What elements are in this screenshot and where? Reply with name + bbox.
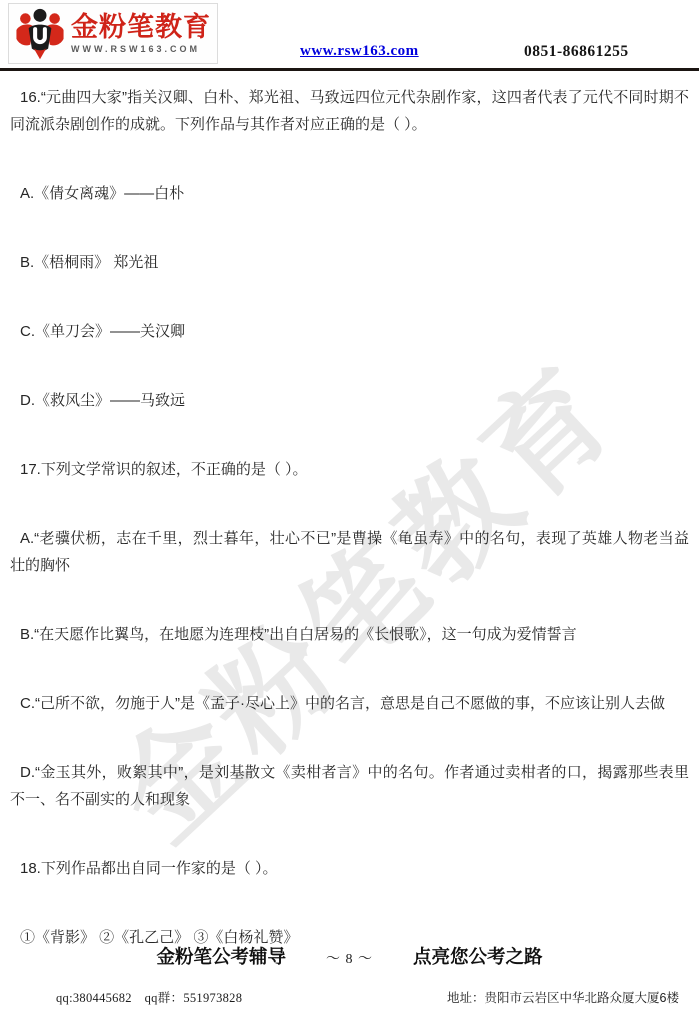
brand-logo: 金粉笔教育 WWW.RSW163.COM bbox=[8, 3, 218, 64]
question-17-option-c: C.“己所不欲，勿施于人”是《孟子·尽心上》中的名言，意思是自己不愿做的事，不应… bbox=[10, 690, 689, 717]
footer-brand-text: 金粉笔公考辅导 bbox=[156, 943, 286, 969]
qq-contact: qq:380445682 qq群：551973828 bbox=[56, 988, 242, 1006]
brand-name: 金粉笔教育 bbox=[71, 13, 211, 41]
header-divider bbox=[0, 68, 699, 71]
question-17-option-d: D.“金玉其外，败絮其中”，是刘基散文《卖柑者言》中的名句。作者通过卖柑者的口，… bbox=[10, 759, 689, 813]
document-page: 金粉笔教育 WWW.RSW163.COM www.rsw163.com 0851… bbox=[0, 0, 699, 1025]
question-18-stem: 18.下列作品都出自同一作家的是（ ）。 bbox=[10, 855, 689, 882]
address-text: 地址：贵阳市云岩区中华北路众厦大厦6楼 bbox=[447, 988, 679, 1006]
page-number: ～ 8 ～ bbox=[326, 948, 373, 968]
question-16-stem: 16.“元曲四大家”指关汉卿、白朴、郑光祖、马致远四位元代杂剧作家，这四者代表了… bbox=[10, 84, 689, 138]
brand-logo-text: 金粉笔教育 WWW.RSW163.COM bbox=[71, 13, 211, 54]
question-16-option-a: A.《倩女离魂》——白朴 bbox=[10, 180, 689, 207]
question-17-option-b: B.“在天愿作比翼鸟，在地愿为连理枝”出自白居易的《长恨歌》，这一句成为爱情誓言 bbox=[10, 621, 689, 648]
brand-site-url: WWW.RSW163.COM bbox=[71, 44, 211, 54]
question-16-option-c: C.《单刀会》——关汉卿 bbox=[10, 318, 689, 345]
footer-tagline: 金粉笔公考辅导 ～ 8 ～ 点亮您公考之路 bbox=[0, 943, 699, 969]
footer-slogan-text: 点亮您公考之路 bbox=[413, 943, 543, 969]
question-17-stem: 17.下列文学常识的叙述，不正确的是（ ）。 bbox=[10, 456, 689, 483]
question-content: 16.“元曲四大家”指关汉卿、白朴、郑光祖、马致远四位元代杂剧作家，这四者代表了… bbox=[0, 84, 699, 993]
question-16-option-d: D.《救风尘》——马致远 bbox=[10, 387, 689, 414]
footer-contact: qq:380445682 qq群：551973828 地址：贵阳市云岩区中华北路… bbox=[0, 988, 699, 1006]
website-link[interactable]: www.rsw163.com bbox=[300, 43, 419, 60]
question-17-option-a: A.“老骥伏枥，志在千里，烈士暮年，壮心不已”是曹操《龟虽寿》中的名句，表现了英… bbox=[10, 525, 689, 579]
people-u-logo-icon bbox=[14, 7, 66, 61]
question-16-option-b: B.《梧桐雨》 郑光祖 bbox=[10, 249, 689, 276]
phone-number: 0851-86861255 bbox=[524, 43, 629, 61]
